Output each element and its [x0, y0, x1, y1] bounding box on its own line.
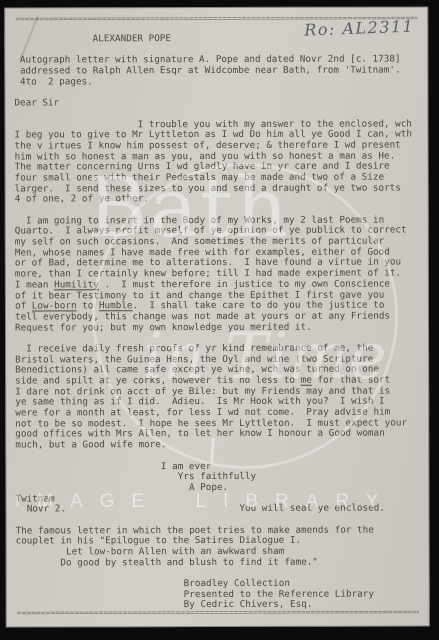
- letter-block-heading: ALEXANDER POPE: [14, 33, 424, 45]
- letter-line: Do good by stealth and blush to find it …: [16, 557, 426, 569]
- letter-line: much, but a Good wife more.: [15, 440, 425, 452]
- letter-block-closing: I am ever Yrs faithfully A Pope.Twitnam …: [15, 461, 425, 516]
- letter-line: 4 of one, 2 of ye other.: [15, 194, 425, 206]
- letter-block-paragraph_1: I trouble you with my answer to the encl…: [14, 119, 424, 206]
- typed-rule-bottom: ========================================…: [17, 608, 419, 617]
- letter-line: Novr 2. You will seal ye enclosed.: [15, 504, 425, 516]
- letter-block-paragraph_3: I receive daily fresh proofs of yr kind …: [15, 343, 425, 451]
- letter-block-footnote: The famous letter in which the poet trie…: [16, 525, 426, 569]
- letter-text: ALEXANDER POPE Autograph letter with sig…: [14, 33, 426, 611]
- letter-line: 4to 2 pages.: [14, 76, 424, 88]
- photo-of-catalogue-letter: { "annotation": "Ro: AL2311", "border_ru…: [0, 0, 439, 640]
- letter-line: ALEXANDER POPE: [14, 33, 424, 45]
- letter-block-paragraph_2: I am going to insert in the Body of my W…: [15, 215, 425, 334]
- catalogue-card-paper: ========================================…: [4, 6, 430, 627]
- letter-block-provenance: Broadley Collection Presented to the Ref…: [16, 579, 426, 612]
- letter-line: Request for you; but my own knowledge yo…: [15, 322, 425, 334]
- letter-block-salutation: Dear Sir: [14, 98, 424, 110]
- letter-line: Dear Sir: [14, 98, 424, 110]
- letter-block-description: Autograph letter with signature A. Pope …: [14, 55, 424, 88]
